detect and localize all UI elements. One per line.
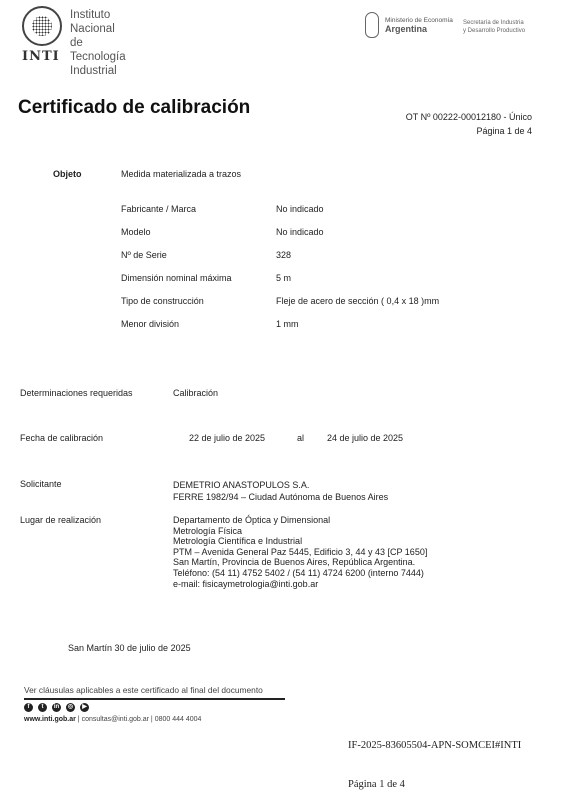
inti-logo-word: INTI — [22, 49, 60, 64]
inti-name-line: de Tecnología — [70, 36, 130, 64]
field-label: Nº de Serie — [121, 250, 167, 260]
ot-number: OT Nº 00222-00012180 - Único — [406, 110, 532, 124]
field-value: No indicado — [276, 227, 324, 237]
contact-line: www.inti.gob.ar | consultas@inti.gob.ar … — [24, 716, 201, 723]
ot-block: OT Nº 00222-00012180 - Único Página 1 de… — [406, 110, 532, 138]
lugar-label: Lugar de realización — [20, 515, 101, 525]
lugar-line: Departamento de Óptica y Dimensional — [173, 515, 427, 526]
page-indicator: Página 1 de 4 — [406, 124, 532, 138]
inti-emblem-icon — [22, 6, 62, 46]
fecha-label: Fecha de calibración — [20, 433, 103, 443]
determinaciones-value: Calibración — [173, 388, 218, 398]
footer-divider — [24, 698, 285, 700]
solicitante-name: DEMETRIO ANASTOPULOS S.A. — [173, 479, 388, 491]
field-label: Dimensión nominal máxima — [121, 273, 232, 283]
determinaciones-label: Determinaciones requeridas — [20, 388, 133, 398]
field-value: No indicado — [276, 204, 324, 214]
twitter-icon[interactable]: t — [38, 703, 47, 712]
youtube-icon[interactable]: ▶ — [80, 703, 89, 712]
secretaria-line: Secretaría de Industria — [463, 19, 525, 27]
field-label: Modelo — [121, 227, 151, 237]
solicitante-address: FERRE 1982/94 – Ciudad Autónoma de Bueno… — [173, 491, 388, 503]
ministry-country: Argentina — [385, 24, 453, 34]
secretaria-line: y Desarrollo Productivo — [463, 27, 525, 35]
lugar-line: Metrología Científica e Industrial — [173, 536, 427, 547]
field-label: Fabricante / Marca — [121, 204, 196, 214]
field-label: Tipo de construcción — [121, 296, 204, 306]
objeto-value: Medida materializada a trazos — [121, 169, 241, 179]
website-link[interactable]: www.inti.gob.ar — [24, 716, 76, 723]
lugar-line: PTM – Avenida General Paz 5445, Edificio… — [173, 547, 427, 558]
fecha-sep: al — [297, 433, 304, 443]
ministry-name: Ministerio de Economía — [385, 17, 453, 24]
inti-name: Instituto Nacional de Tecnología Industr… — [70, 8, 130, 78]
inti-logo: INTI Instituto Nacional de Tecnología In… — [20, 6, 130, 66]
solicitante-value: DEMETRIO ANASTOPULOS S.A. FERRE 1982/94 … — [173, 479, 388, 503]
contact-details: | consultas@inti.gob.ar | 0800 444 4004 — [76, 716, 202, 723]
place-date: San Martín 30 de julio de 2025 — [68, 643, 191, 653]
clauses-note: Ver cláusulas aplicables a este certific… — [24, 685, 263, 695]
social-links: f t in ◎ ▶ — [24, 703, 89, 712]
inti-name-line: Industrial — [70, 64, 130, 78]
field-value: Fleje de acero de sección ( 0,4 x 18 )mm — [276, 296, 439, 306]
page-title: Certificado de calibración — [18, 97, 250, 119]
lugar-line: Teléfono: (54 11) 4752 5402 / (54 11) 47… — [173, 568, 427, 579]
linkedin-icon[interactable]: in — [52, 703, 61, 712]
field-label: Menor división — [121, 319, 179, 329]
solicitante-label: Solicitante — [20, 479, 62, 489]
fecha-from: 22 de julio de 2025 — [189, 433, 265, 443]
inti-name-line: Instituto — [70, 8, 130, 22]
lugar-line: San Martín, Provincia de Buenos Aires, R… — [173, 557, 427, 568]
secretaria-logo: Secretaría de Industria y Desarrollo Pro… — [463, 19, 525, 35]
document-id: IF-2025-83605504-APN-SOMCEI#INTI — [348, 740, 521, 751]
instagram-icon[interactable]: ◎ — [66, 703, 75, 712]
field-value: 328 — [276, 250, 291, 260]
footer-page-indicator: Página 1 de 4 — [348, 779, 405, 790]
fecha-to: 24 de julio de 2025 — [327, 433, 403, 443]
lugar-value: Departamento de Óptica y Dimensional Met… — [173, 515, 427, 589]
field-value: 5 m — [276, 273, 291, 283]
field-value: 1 mm — [276, 319, 299, 329]
lugar-line: Metrología Física — [173, 526, 427, 537]
argentina-shield-icon — [365, 12, 379, 38]
objeto-label: Objeto — [53, 169, 82, 179]
lugar-email: e-mail: fisicaymetrologia@inti.gob.ar — [173, 579, 427, 590]
inti-name-line: Nacional — [70, 22, 130, 36]
facebook-icon[interactable]: f — [24, 703, 33, 712]
